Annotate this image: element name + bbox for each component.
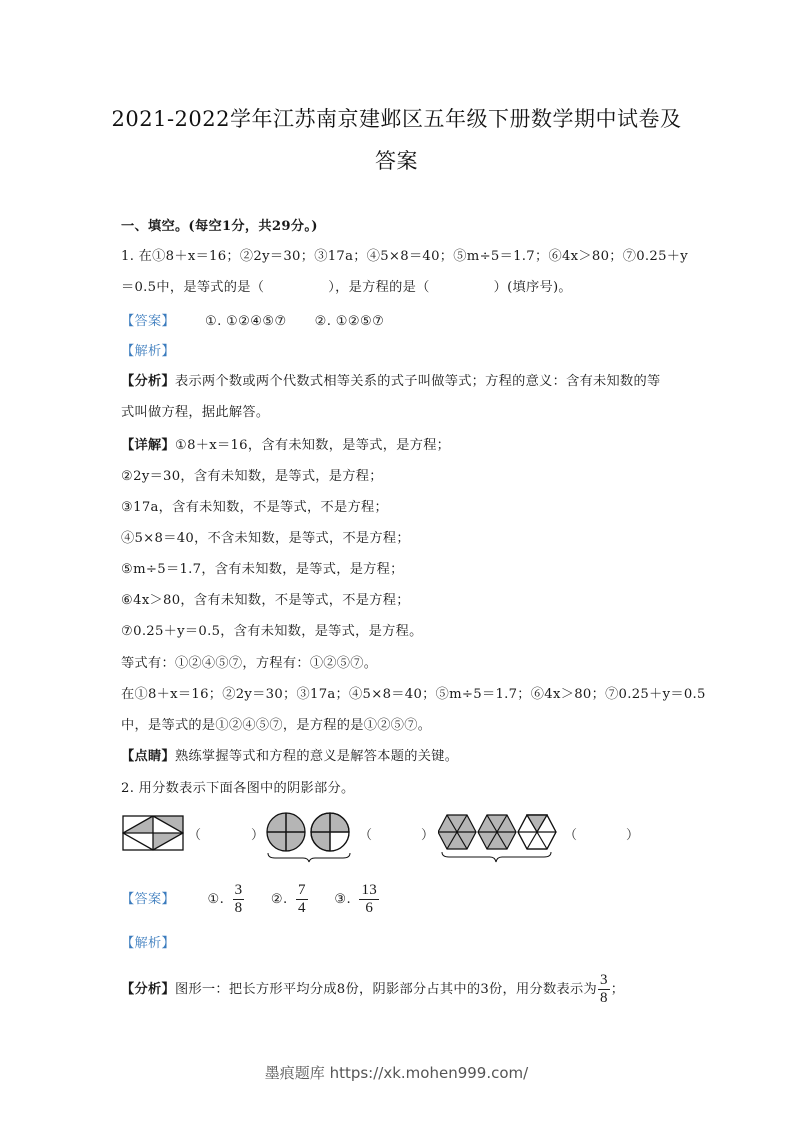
q1-detail-line-8: 在①8＋x＝16；②2y＝30；③17a；④5×8＝40；⑤m÷5＝1.7；⑥4… — [121, 686, 706, 704]
q2-fenxi: 【分析】图形一：把长方形平均分成8份，阴影部分占其中的3份，用分数表示为38； — [121, 972, 624, 1008]
q1-stem-part-b: ），是方程的是（ — [328, 280, 429, 295]
paren-close-1: ） — [251, 824, 264, 843]
fenxi-fraction: 38 — [598, 972, 610, 1007]
q1-fenxi-line2: 式叫做方程，据此解答。 — [121, 404, 269, 422]
q2-answer-1-label: ①. — [207, 892, 224, 907]
q1-detail-line-6: ⑦0.25＋y＝0.5，含有未知数，是等式，是方程。 — [121, 623, 423, 641]
q1-stem-part-c: ）(填序号)。 — [494, 280, 572, 295]
dianjing-text: 熟练掌握等式和方程的意义是解答本题的关键。 — [175, 749, 458, 764]
q1-detail-line-0: 【详解】①8＋x＝16，含有未知数，是等式，是方程； — [121, 437, 450, 455]
paren-close-2: ） — [421, 824, 434, 843]
q1-detail-line-5: ⑥4x＞80，含有未知数，不是等式，不是方程； — [121, 592, 410, 610]
q1-stem-line1: 1. 在①8＋x＝16；②2y＝30；③17a；④5×8＝40；⑤m÷5＝1.7… — [121, 248, 688, 266]
hexagons-figure — [438, 812, 563, 864]
q1-detail-line-1: ②2y＝30，含有未知数，是等式，是方程； — [121, 468, 383, 486]
answer-tag: 【答案】 — [121, 892, 175, 907]
q2-answer-3-label: ③. — [334, 892, 351, 907]
fenxi-tag: 【分析】 — [121, 982, 175, 997]
answer-tag: 【答案】 — [121, 314, 175, 329]
detail-text: ①8＋x＝16，含有未知数，是等式，是方程； — [175, 438, 450, 453]
q1-dianjing: 【点睛】熟练掌握等式和方程的意义是解答本题的关键。 — [121, 748, 458, 766]
q2-answer-1-fraction: 38 — [233, 882, 245, 917]
q1-answer-row: 【答案】①. ①②④⑤⑦②. ①②⑤⑦ — [121, 313, 384, 331]
q1-detail-line-9: 中，是等式的是①②④⑤⑦，是方程的是①②⑤⑦。 — [121, 717, 431, 735]
analysis-tag: 【解析】 — [121, 343, 175, 361]
q2-answer-2-fraction: 74 — [296, 882, 308, 917]
section-heading: 一、填空。(每空1分，共29分。) — [121, 218, 318, 236]
dianjing-tag: 【点睛】 — [121, 749, 175, 764]
fenxi-text: 图形一：把长方形平均分成8份，阴影部分占其中的3份，用分数表示为 — [175, 982, 597, 997]
q2-stem: 2. 用分数表示下面各图中的阴影部分。 — [121, 780, 354, 798]
fenxi-end: ； — [611, 982, 625, 997]
circles-figure — [265, 812, 360, 864]
q2-analysis-tag: 【解析】 — [121, 935, 175, 953]
rectangle-figure — [122, 815, 184, 851]
q1-fenxi-line1: 【分析】表示两个数或两个代数式相等关系的式子叫做等式；方程的意义：含有未知数的等 — [121, 373, 661, 391]
document-title-line1: 2021-2022学年江苏南京建邺区五年级下册数学期中试卷及 — [0, 103, 793, 133]
q1-answer-1: ①. ①②④⑤⑦ — [205, 314, 287, 329]
fenxi-tag: 【分析】 — [121, 374, 175, 389]
q2-answer-2-label: ②. — [271, 892, 288, 907]
q1-stem-line2: ＝0.5中，是等式的是（），是方程的是（）(填序号)。 — [121, 279, 572, 297]
paren-open-3: （ — [564, 824, 577, 843]
q2-answer-row: 【答案】 ①. 38 ②. 74 ③. 136 — [121, 880, 383, 920]
q1-answer-2: ②. ①②⑤⑦ — [315, 314, 385, 329]
fenxi-text: 表示两个数或两个代数式相等关系的式子叫做等式；方程的意义：含有未知数的等 — [175, 374, 661, 389]
q1-detail-line-7: 等式有：①②④⑤⑦，方程有：①②⑤⑦。 — [121, 655, 377, 673]
q1-detail-line-3: ④5×8＝40，不含未知数，是等式，不是方程； — [121, 530, 410, 548]
q1-detail-line-2: ③17a，含有未知数，不是等式，不是方程； — [121, 499, 388, 517]
q2-answer-3-fraction: 136 — [359, 882, 379, 917]
paren-open-2: （ — [359, 824, 372, 843]
document-title-line2: 答案 — [0, 145, 793, 175]
paren-close-3: ） — [626, 824, 639, 843]
q2-figures: （ ） （ ） （ ） — [121, 812, 681, 862]
q1-detail-line-4: ⑤m÷5＝1.7，含有未知数，是等式，是方程； — [121, 561, 404, 579]
footer-watermark: 墨痕题库 https://xk.mohen999.com/ — [0, 1062, 793, 1083]
xiangjie-tag: 【详解】 — [121, 438, 175, 453]
q1-stem-part-a: ＝0.5中，是等式的是（ — [121, 280, 264, 295]
paren-open-1: （ — [188, 824, 201, 843]
